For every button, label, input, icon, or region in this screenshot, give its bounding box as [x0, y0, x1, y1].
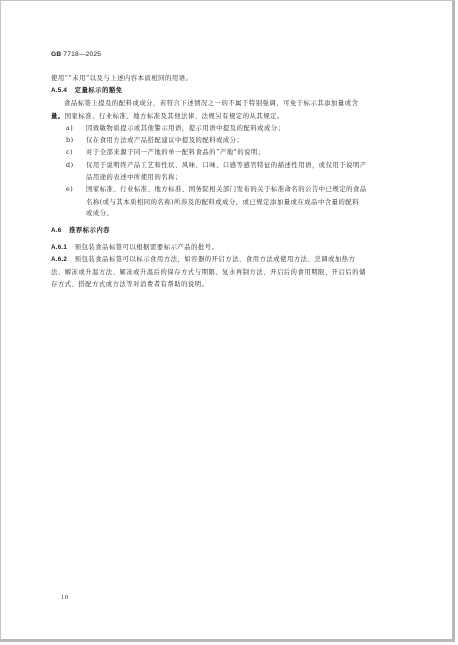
document-page: GB 7718—2025 使用““未用”以及与上述内容本质相同的用语。 A.5.…	[0, 0, 455, 642]
clause-continuation: 法、解冻或升温方法、解冻或升温后的保存方式与期限、复水再制方法、开启后的食用期限…	[51, 269, 406, 277]
list-item-marker: d)	[66, 162, 86, 170]
clause-text: 预包装食品标签可以标示食用方法，如容器的开启方法、食用方法或使用方法、烹调或加热…	[75, 256, 356, 263]
paragraph-fragment: 量。	[51, 113, 65, 120]
clause-a61: A.6.1 预包装食品标签可以根据需要标示产品的批号。	[51, 244, 406, 252]
section-number: A.5.4	[51, 87, 67, 95]
clause-number: A.6.1	[51, 244, 67, 252]
list-item-marker: c)	[66, 149, 86, 157]
list-item-marker: b)	[66, 137, 86, 145]
page-number: 10	[61, 594, 69, 601]
section-heading-a54: A.5.4 定量标示的豁免	[51, 87, 406, 95]
list-item: b)仅在食用方法或产品搭配建议中提及的配料或成分；	[66, 137, 421, 145]
list-item-text: 因致敏物质提示或其他警示用语，提示用语中提及的配料或成分；	[86, 125, 285, 132]
section-number: A.6	[51, 227, 61, 235]
list-item: c)对于全部来源于同一产地的单一配料食品的“产地”的说明；	[66, 149, 421, 157]
paragraph-fragment: 国家标准、行业标准、地方标准及其他法律、法规另有规定的从其规定。	[65, 113, 284, 120]
clause-number: A.6.2	[51, 256, 67, 264]
standard-code-prefix: GB	[51, 51, 61, 58]
section-title: 推荐标示内容	[69, 227, 110, 234]
list-item: e)国家标准、行业标准、地方标准、国务院相关部门发布的关于标准命名的公告中已规定…	[66, 186, 421, 194]
standard-code-number: 7718—2025	[63, 51, 101, 58]
clause-a62: A.6.2 预包装食品标签可以标示食用方法，如容器的开启方法、食用方法或使用方法…	[51, 256, 406, 264]
list-item-text: 国家标准、行业标准、地方标准、国务院相关部门发布的关于标准命名的公告中已规定的食…	[86, 186, 367, 193]
list-item-text: 仅在食用方法或产品搭配建议中提及的配料或成分；	[86, 137, 243, 144]
list-item-text: 对于全部来源于同一产地的单一配料食品的“产地”的说明；	[86, 149, 265, 156]
clause-continuation: 存方式、搭配方式或方法等对消费者有帮助的说明。	[51, 281, 406, 289]
paragraph-line: 量。国家标准、行业标准、地方标准及其他法律、法规另有规定的从其规定。	[51, 113, 406, 121]
standard-code-header: GB 7718—2025	[51, 51, 101, 58]
list-item-continuation: 或成分。	[86, 210, 441, 218]
paragraph-line: 食品标签上提及的配料或成分，若符合下述情况之一的不属于特别强调，可免于标示其添加…	[64, 100, 419, 108]
section-title: 定量标示的豁免	[75, 87, 123, 94]
list-item-marker: a)	[66, 125, 86, 133]
list-item-text: 仅用于说明终产品工艺和性状、风味、口味、口感等感官特征的描述性用语，或仅用于说明…	[86, 162, 367, 169]
section-heading-a6: A.6 推荐标示内容	[51, 227, 406, 235]
list-item: d)仅用于说明终产品工艺和性状、风味、口味、口感等感官特征的描述性用语，或仅用于…	[66, 162, 421, 170]
list-item-continuation: 品用途的表述中所使用的名称；	[86, 174, 441, 182]
list-item: a)因致敏物质提示或其他警示用语，提示用语中提及的配料或成分；	[66, 125, 421, 133]
list-item-continuation: 名称(或与其本质相同的名称)所涉及的配料或成分，或已规定添加量或在成品中含量的配…	[86, 199, 441, 207]
intro-line: 使用““未用”以及与上述内容本质相同的用语。	[51, 75, 406, 83]
list-item-marker: e)	[66, 186, 86, 194]
clause-text: 预包装食品标签可以根据需要标示产品的批号。	[75, 244, 219, 251]
